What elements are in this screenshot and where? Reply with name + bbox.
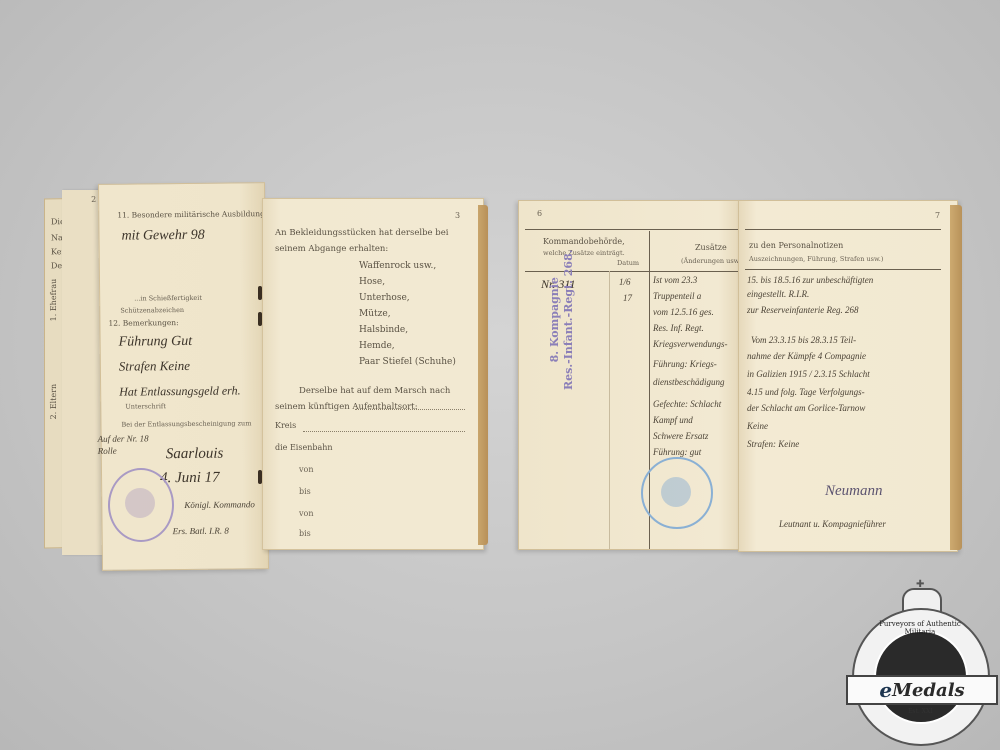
place-handwriting: Saarlouis bbox=[166, 446, 224, 464]
note-line: in Galizien 1915 / 2.3.15 Schlacht bbox=[747, 369, 870, 379]
emedals-watermark-logo: ✚ Purveyors of Authentic Militaria eMeda… bbox=[846, 580, 994, 745]
right-booklet-page-7: 7 zu den Personalnotizen Auszeichnungen,… bbox=[738, 200, 958, 552]
binding-staple bbox=[258, 286, 262, 300]
zusatz-line: Truppenteil a bbox=[653, 291, 701, 301]
zusatz-line: Schwere Ersatz bbox=[653, 431, 708, 441]
schiess-label: ...in Schießfertigkeit bbox=[134, 294, 202, 303]
left-booklet-page-edge bbox=[478, 205, 488, 545]
purple-circular-stamp bbox=[108, 468, 174, 542]
zusatz-line: Führung: gut bbox=[653, 447, 701, 457]
column-divider bbox=[609, 271, 610, 549]
logo-established: Est. XXI bbox=[908, 708, 933, 715]
note-line: nahme der Kämpfe 4 Compagnie bbox=[747, 351, 866, 361]
note-line: der Schlacht am Gorlice-Tarnow bbox=[747, 403, 865, 413]
dotted-line bbox=[303, 431, 465, 432]
zusatz-line: Res. Inf. Regt. bbox=[653, 323, 704, 333]
note-line: 4.15 und folg. Tage Verfolgungs- bbox=[747, 387, 865, 397]
route-label: von bbox=[299, 509, 314, 518]
col-subheader: (Änderungen usw. bbox=[681, 257, 741, 265]
blue-circular-regiment-stamp bbox=[641, 457, 713, 529]
col-header-zusaetze: Zusätze bbox=[695, 243, 727, 252]
entry-date: 1/6 bbox=[619, 277, 631, 287]
col-header-kommandobehoerde: Kommandobehörde, bbox=[543, 237, 625, 246]
schuetzen-label: Schützenabzeichen bbox=[120, 306, 184, 315]
clothing-heading: An Bekleidungsstücken hat derselbe bei s… bbox=[275, 225, 471, 257]
route-label: bis bbox=[299, 487, 311, 496]
remark-line: Strafen Keine bbox=[119, 358, 190, 375]
header-rule bbox=[745, 269, 941, 270]
route-label: bis bbox=[299, 529, 311, 538]
clothing-item: Mütze, bbox=[359, 309, 391, 319]
entlassung-label: Bei der Entlassungsbescheinigung zum bbox=[121, 419, 251, 428]
page-number: 2 bbox=[91, 195, 96, 204]
zusatz-line: Ist vom 23.3 bbox=[653, 275, 697, 285]
eagle-emblem-icon bbox=[125, 488, 155, 518]
page-number: 7 bbox=[935, 211, 940, 220]
right-booklet-page-edge bbox=[950, 205, 962, 550]
note-line: Vom 23.3.15 bis 28.3.15 Teil- bbox=[751, 335, 856, 345]
brand-name: Medals bbox=[892, 680, 965, 701]
col-subheader: Auszeichnungen, Führung, Strafen usw.) bbox=[749, 255, 883, 263]
page-number: 3 bbox=[455, 211, 460, 220]
kreis-label: Kreis bbox=[275, 421, 296, 430]
stamp-line: Res.-Infant.-Regt. 268. bbox=[562, 249, 576, 390]
zusatz-line: Kampf und bbox=[653, 415, 693, 425]
tab-eltern: 2. Eltern bbox=[49, 384, 58, 420]
note-line: eingestellt. R.I.R. bbox=[747, 289, 809, 299]
stamp-line: 8. Kompagnie bbox=[548, 249, 562, 390]
clothing-item: Unterhose, bbox=[359, 293, 410, 303]
logo-banner: eMedals bbox=[846, 675, 998, 705]
item-11-label: 11. Besondere militärische Ausbildung bbox=[117, 209, 265, 220]
tab-ehefrau: 1. Ehefrau bbox=[49, 279, 58, 322]
left-booklet-page-3: 3 An Bekleidungsstücken hat derselbe bei… bbox=[262, 198, 484, 550]
zusatz-line: Kriegsverwendungs- bbox=[653, 339, 728, 349]
entry-date: 17 bbox=[623, 293, 632, 303]
note-line: 15. bis 18.5.16 zur unbeschäftigten bbox=[747, 275, 873, 285]
col-header-datum: Datum bbox=[617, 259, 639, 267]
item-11-handwriting: mit Gewehr 98 bbox=[121, 228, 204, 245]
binding-staple bbox=[258, 470, 262, 484]
item-12-label: 12. Bemerkungen: bbox=[108, 318, 178, 328]
header-rule bbox=[525, 229, 739, 230]
clothing-item: Hose, bbox=[359, 277, 385, 287]
dotted-line bbox=[355, 409, 465, 410]
note-line: zur Reserveinfanterie Reg. 268 bbox=[747, 305, 858, 315]
zusatz-line: Gefechte: Schlacht bbox=[653, 399, 721, 409]
binding-staple bbox=[258, 312, 262, 326]
clothing-item: Hemde, bbox=[359, 341, 395, 351]
remark-line: Hat Entlassungsgeld erh. bbox=[119, 383, 241, 399]
page-number: 6 bbox=[537, 209, 542, 218]
clothing-item: Halsbinde, bbox=[359, 325, 408, 335]
col-header-personalnotizen: zu den Personalnotizen bbox=[749, 241, 843, 250]
zusatz-line: dienstbeschädigung bbox=[653, 377, 725, 387]
signature-line: Ers. Batl. I.R. 8 bbox=[173, 526, 229, 537]
officer-signature: Neumann bbox=[825, 483, 883, 500]
margin-handwriting: Auf der Nr. 18 Rolle bbox=[98, 432, 158, 457]
note-line: Strafen: Keine bbox=[747, 439, 799, 449]
railway-label: die Eisenbahn bbox=[275, 443, 333, 452]
officer-title: Leutnant u. Kompagnieführer bbox=[779, 519, 886, 529]
eagle-emblem-icon bbox=[661, 477, 691, 507]
header-rule bbox=[745, 229, 941, 230]
zusatz-line: vom 12.5.16 ges. bbox=[653, 307, 714, 317]
signature-line: Königl. Kommando bbox=[184, 499, 255, 510]
route-label: von bbox=[299, 465, 314, 474]
clothing-item: Waffenrock usw., bbox=[359, 261, 436, 271]
note-line: Keine bbox=[747, 421, 768, 431]
remark-line: Führung Gut bbox=[119, 334, 193, 351]
clothing-item: Paar Stiefel (Schuhe) bbox=[359, 357, 456, 367]
company-stamp-vertical: 8. Kompagnie Res.-Infant.-Regt. 268. bbox=[548, 249, 576, 390]
logo-motto: Purveyors of Authentic Militaria bbox=[866, 620, 974, 636]
zusatz-line: Führung: Kriegs- bbox=[653, 359, 717, 369]
brand-e: e bbox=[879, 678, 892, 702]
unterschrift-label: Unterschrift bbox=[125, 402, 166, 410]
march-text: Derselbe hat auf dem Marsch nach seinem … bbox=[275, 383, 471, 415]
